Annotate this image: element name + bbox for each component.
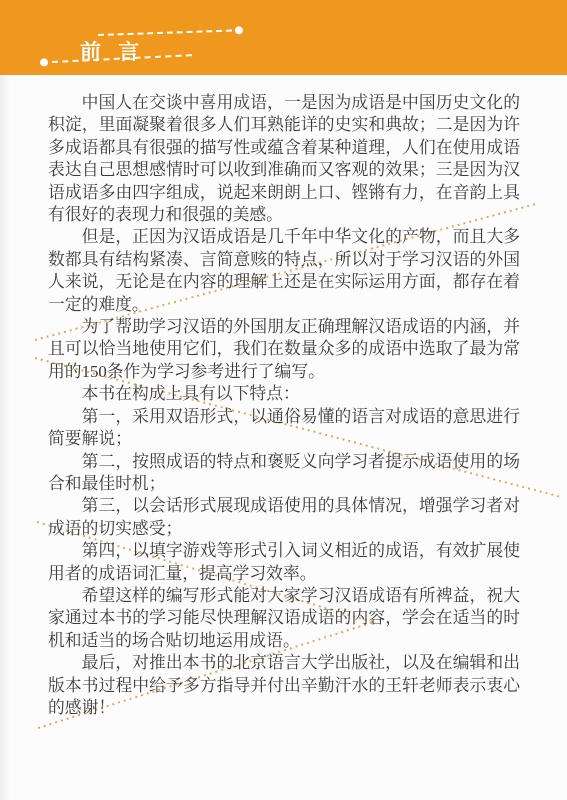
preface-paragraph: 但是，正因为汉语成语是几千年中华文化的产物，而且大多数都具有结构紧凑、言简意赅的… [48, 226, 520, 316]
preface-paragraph: 第一，采用双语形式，以通俗易懂的语言对成语的意思进行简要解说； [48, 406, 520, 451]
preface-paragraph: 希望这样的编写形式能对大家学习汉语成语有所裨益，祝大家通过本书的学习能尽快理解汉… [48, 585, 520, 652]
page-edge-shading [0, 75, 10, 800]
preface-header-band: 前 言 [0, 0, 567, 75]
preface-paragraph: 第三，以会话形式展现成语使用的具体情况，增强学习者对成语的切实感受； [48, 495, 520, 540]
book-page: 前 言 中国人在交谈中喜用成语，一是因为成语是中国历史文化的积淀，里面凝聚着很多… [0, 0, 567, 800]
preface-paragraph: 最后，对推出本书的北京语言大学出版社，以及在编辑和出版本书过程中给予多方指导并付… [48, 652, 520, 719]
dash-endpoint-dot [235, 26, 243, 34]
page-title: 前 言 [80, 36, 144, 66]
preface-paragraph: 中国人在交谈中喜用成语，一是因为成语是中国历史文化的积淀，里面凝聚着很多人们耳熟… [48, 92, 520, 226]
preface-paragraph: 第四，以填字游戏等形式引入词义相近的成语，有效扩展使用者的成语词汇量，提高学习效… [48, 540, 520, 585]
preface-body: 中国人在交谈中喜用成语，一是因为成语是中国历史文化的积淀，里面凝聚着很多人们耳熟… [48, 92, 520, 719]
preface-paragraph: 第二，按照成语的特点和褒贬义向学习者提示成语使用的场合和最佳时机； [48, 451, 520, 496]
dash-endpoint-dot [40, 58, 48, 66]
preface-paragraph: 本书在构成上具有以下特点： [48, 383, 520, 405]
preface-paragraph: 为了帮助学习汉语的外国朋友正确理解汉语成语的内涵，并且可以恰当地使用它们，我们在… [48, 316, 520, 383]
